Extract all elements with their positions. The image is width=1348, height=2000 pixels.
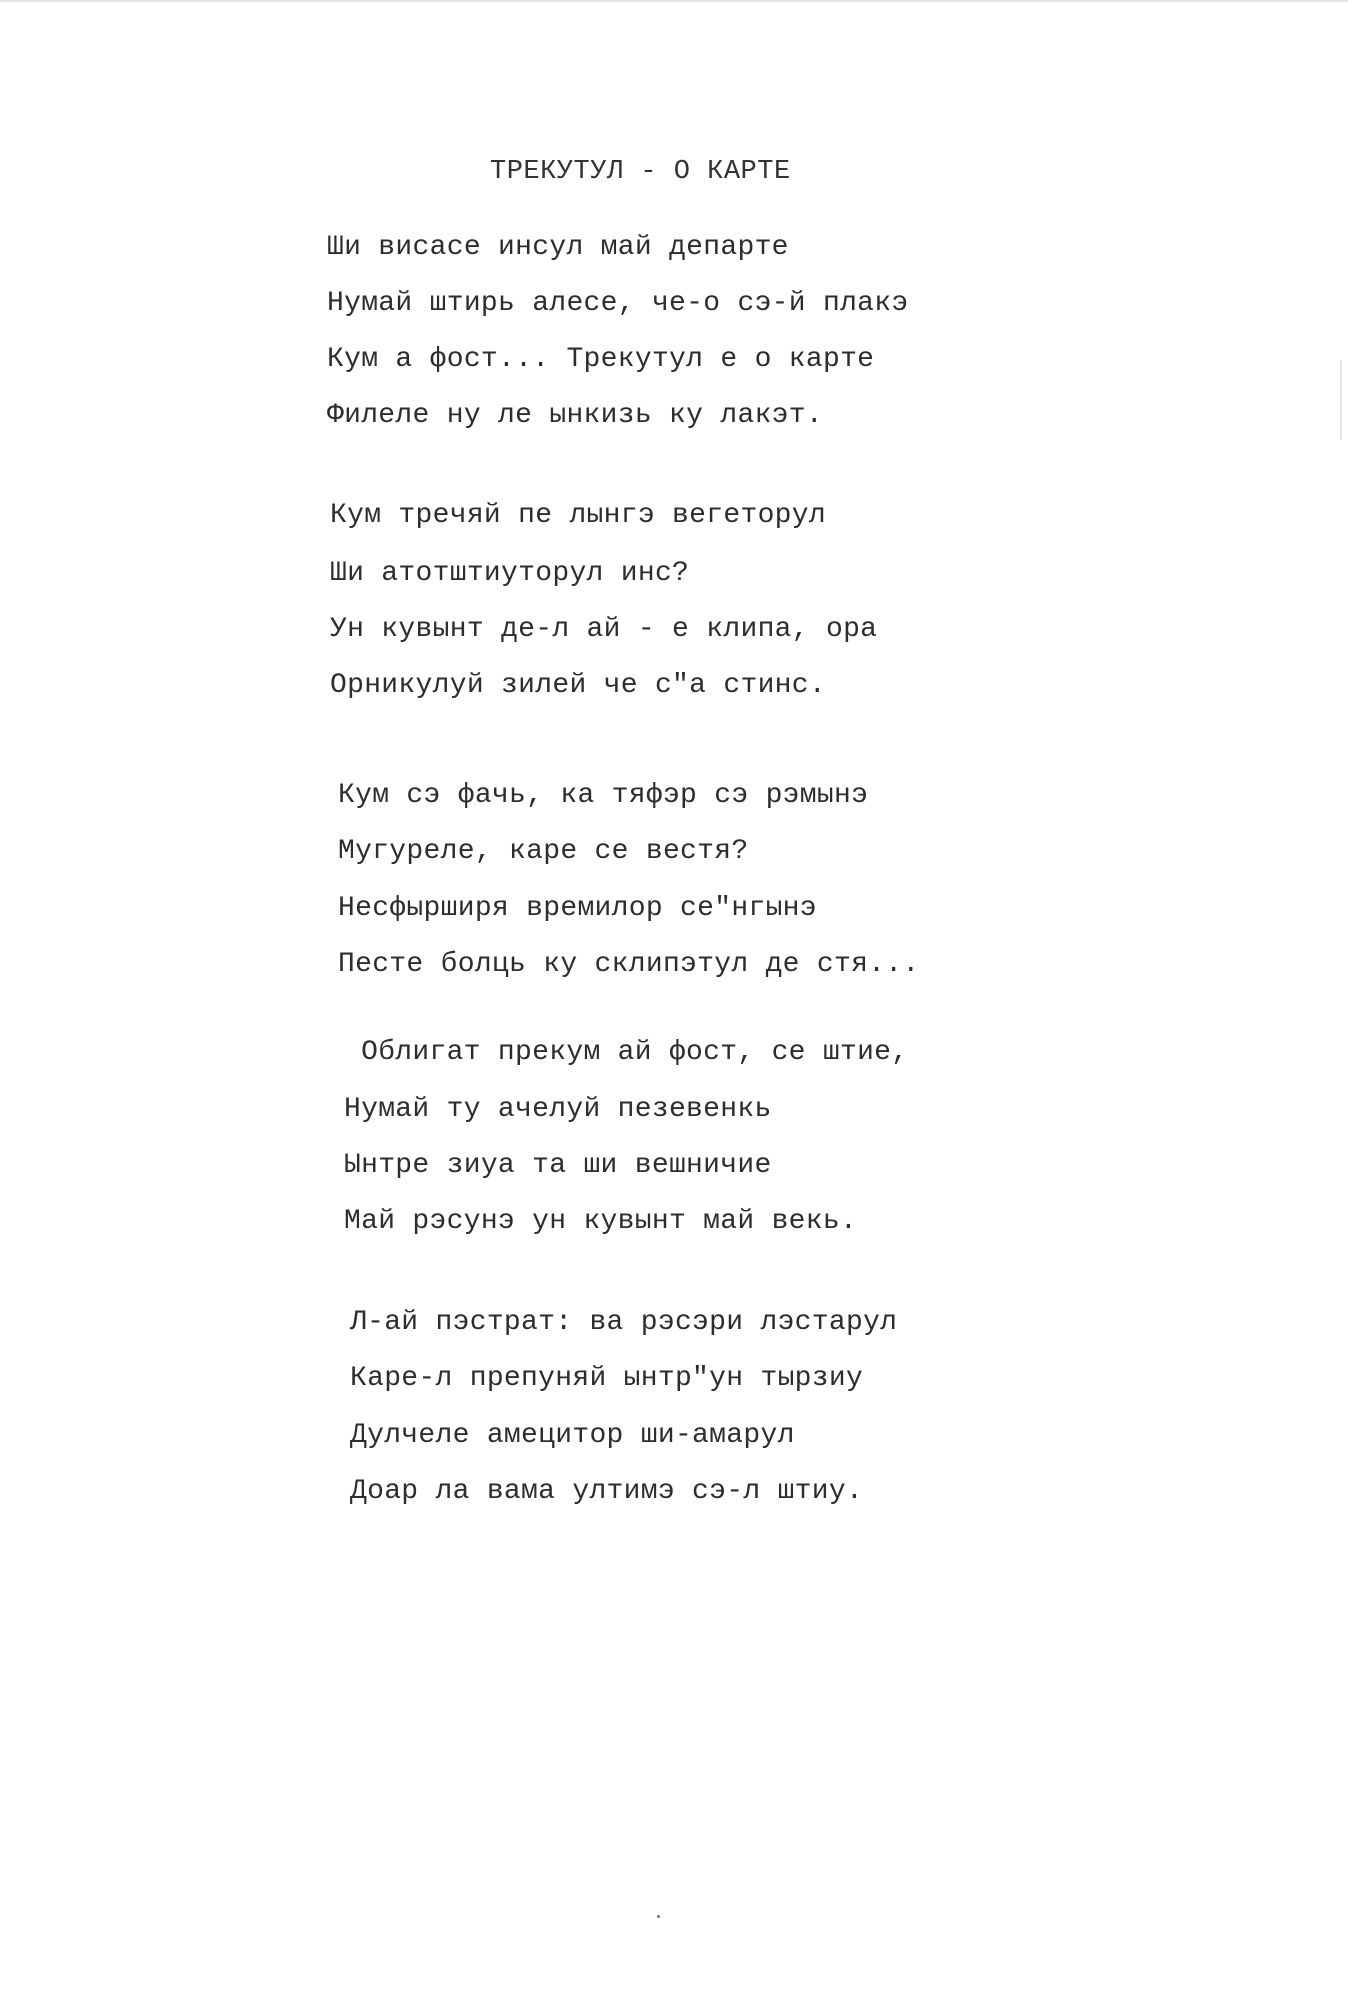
poem-line: Ши атотштиуторул инс?	[330, 558, 689, 589]
poem-line: Кум а фост... Трекутул е о карте	[327, 344, 874, 375]
poem-line: Нумай штирь алесе, че-о сэ-й плакэ	[327, 288, 909, 319]
poem-line: Л-ай пэстрат: ва рэсэри лэстарул	[350, 1307, 897, 1338]
poem-line: Песте болць ку склипэтул де стя...	[338, 949, 920, 980]
poem-line: Кум сэ фачь, ка тяфэр сэ рэмынэ	[338, 780, 868, 811]
poem-line: Кум тречяй пе лынгэ вегеторул	[330, 500, 826, 531]
paper-speck	[657, 1915, 660, 1918]
poem-line: Облигат прекум ай фост, се штие,	[344, 1037, 908, 1068]
poem-line: Нумай ту ачелуй пезевенкь	[344, 1094, 772, 1125]
poem-line: Ынтре зиуа та ши вешничие	[344, 1150, 772, 1181]
poem-line: Доар ла вама ултимэ сэ-л штиу.	[350, 1476, 863, 1507]
poem-line: Мугуреле, каре се вестя?	[338, 836, 748, 867]
poem-line: Ун кувынт де-л ай - е клипа, ора	[330, 614, 877, 645]
page-edge	[0, 0, 1348, 3]
poem-line: Орникулуй зилей че с"а стинс.	[330, 670, 826, 701]
poem-line: Дулчеле амецитор ши-амарул	[350, 1420, 795, 1451]
poem-title: ТРЕКУТУЛ - О КАРТЕ	[490, 157, 791, 187]
poem-line: Май рэсунэ ун кувынт май векь.	[344, 1206, 857, 1237]
poem-line: Ши висасе инсул май департе	[327, 232, 789, 263]
poem-line: Каре-л препуняй ынтр"ун тырзиу	[350, 1363, 863, 1394]
poem-line: Филеле ну ле ынкизь ку лакэт.	[327, 400, 823, 431]
page-edge-mark	[1340, 360, 1342, 440]
poem-line: Несфырширя времилор се"нгынэ	[338, 893, 817, 924]
